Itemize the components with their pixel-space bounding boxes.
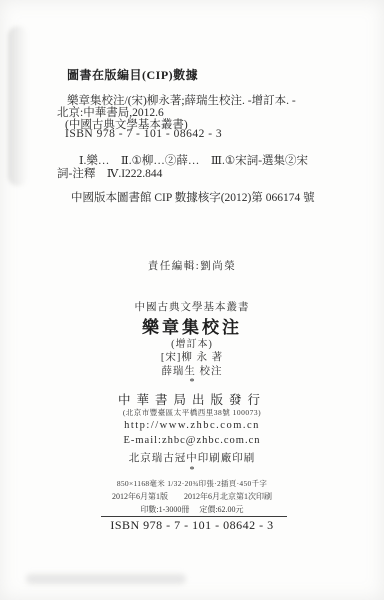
cip-header: 圖書在版編目(CIP)數據	[67, 66, 198, 83]
cip-isbn: ISBN 978 - 7 - 101 - 08642 - 3	[65, 128, 222, 140]
edition-printing-line: 2012年6月第1版2012年6月北京第1次印刷	[0, 491, 384, 502]
series-title: 中國古典文學基本叢書	[0, 299, 384, 314]
page-edge-shadow-bottom	[26, 574, 186, 584]
print-run-price-line: 印數:1-3000冊定價:62.00元	[0, 504, 384, 515]
printing-date: 2012年6月北京第1次印刷	[184, 492, 272, 501]
publisher-address: (北京市豐臺區太平橋西里38號 100073)	[0, 407, 384, 418]
isbn-divider-rule	[101, 516, 287, 517]
annotator: 薛瑞生 校注	[0, 363, 384, 378]
divider-star: *	[0, 465, 384, 476]
edition-note: (增訂本)	[0, 335, 384, 350]
book-copyright-page: 圖書在版編目(CIP)數據 樂章集校注/(宋)柳永著;薛瑞生校注. -增訂本. …	[0, 0, 384, 600]
publisher-email: E-mail:zhbc@zhbc.com.cn	[0, 435, 384, 446]
format-spec: 850×1168毫米 1/32·20¾印張·2插頁·450千字	[0, 478, 384, 489]
author: [宋]柳 永 著	[0, 349, 384, 364]
divider-star: *	[0, 377, 384, 388]
responsible-editor: 責任編輯:劉尚榮	[0, 258, 384, 273]
print-run: 印數:1-3000冊	[140, 505, 189, 514]
isbn-bottom: ISBN 978 - 7 - 101 - 08642 - 3	[0, 518, 384, 533]
price: 定價:62.00元	[199, 505, 243, 514]
edition-date: 2012年6月第1版	[112, 492, 168, 501]
publisher-website: http://www.zhbc.com.cn	[0, 420, 384, 431]
publisher: 中華書局出版發行	[0, 390, 384, 408]
page-edge-shadow-left	[8, 26, 28, 186]
cip-record-number: 中國版本圖書館 CIP 數據核字(2012)第 066174 號	[71, 189, 315, 205]
printer: 北京瑞古冠中印刷廠印刷	[0, 450, 384, 465]
cip-classification-line2: 詞-注釋 Ⅳ.I222.844	[57, 165, 162, 181]
